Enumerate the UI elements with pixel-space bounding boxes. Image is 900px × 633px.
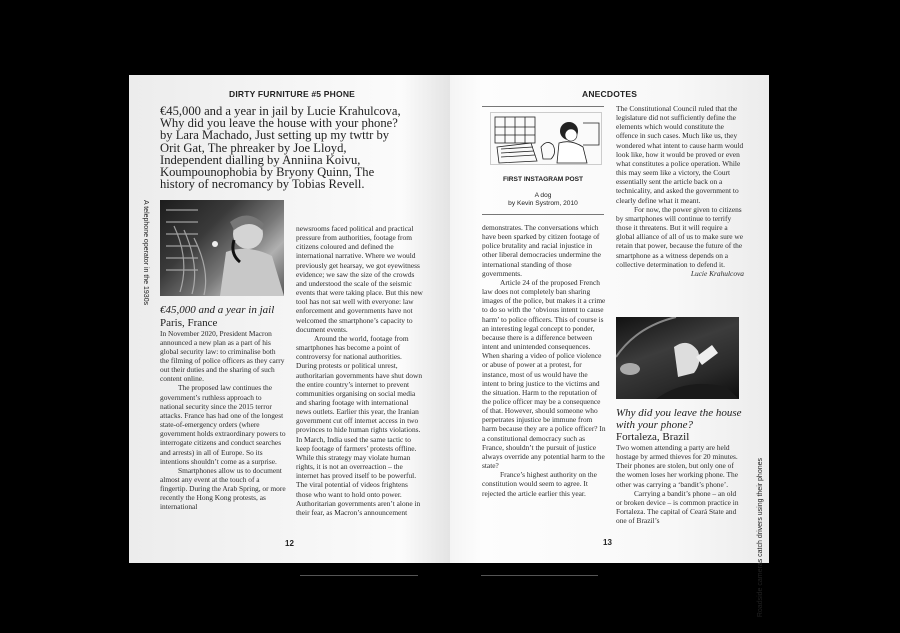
driver-phone-icon: [616, 317, 739, 399]
sidebar-top-rule: [482, 106, 604, 107]
article-1-column-3: demonstrates. The conversations which ha…: [482, 223, 606, 498]
telephone-operator-icon: [160, 200, 284, 296]
telephone-operator-photo: [160, 200, 284, 296]
sidebar-byline: by Kevin Systrom, 2010: [482, 200, 604, 207]
paragraph: newsrooms faced political and practical …: [296, 224, 424, 334]
paragraph: Article 24 of the proposed French law do…: [482, 278, 606, 470]
sidebar-title: A dog: [482, 192, 604, 199]
photo-caption-vertical: A telephone operator in the 1930s: [142, 200, 149, 305]
article-2-location: Fortaleza, Brazil: [616, 431, 744, 443]
contents-list: €45,000 and a year in jail by Lucie Krah…: [160, 105, 410, 190]
shelf-line-left: [300, 575, 418, 576]
author-signature: Lucie Krahulcova: [616, 269, 744, 278]
paragraph: In November 2020, President Macron annou…: [160, 329, 286, 384]
left-page: DIRTY FURNITURE #5 PHONE €45,000 and a y…: [129, 75, 450, 563]
shelf-line-right: [481, 575, 598, 576]
article-2: Why did you leave the house with your ph…: [616, 408, 744, 525]
page-number-right: 13: [603, 538, 612, 547]
running-head-left: DIRTY FURNITURE #5 PHONE: [229, 89, 355, 99]
paragraph: France’s highest authority on the consti…: [482, 470, 606, 497]
dog-illustration-icon: [491, 113, 601, 164]
article-1-column-2: newsrooms faced political and practical …: [296, 224, 424, 517]
paragraph: The Constitutional Council ruled that th…: [616, 104, 744, 205]
article-title: €45,000 and a year in jail: [160, 305, 286, 317]
right-page: ANECDOTES FIRST INSTAGRAM POST A dog b: [450, 75, 769, 563]
paragraph: Two women attending a party are held hos…: [616, 443, 744, 489]
paragraph: The proposed law continues the governmen…: [160, 383, 286, 465]
running-head-right: ANECDOTES: [582, 89, 637, 99]
paragraph: Smartphones allow us to document almost …: [160, 466, 286, 512]
article-1-column-1: €45,000 and a year in jail Paris, France…: [160, 305, 286, 512]
paragraph: For now, the power given to citizens by …: [616, 205, 744, 269]
dog-illustration: [490, 112, 602, 165]
photo-caption-vertical-right: Roadside cameras catch drivers using the…: [757, 458, 764, 617]
article-1-column-4: The Constitutional Council ruled that th…: [616, 104, 744, 278]
article-location: Paris, France: [160, 317, 286, 329]
paragraph: Carrying a bandit’s phone – an old or br…: [616, 489, 744, 526]
paragraph: demonstrates. The conversations which ha…: [482, 223, 606, 278]
sidebar-bottom-rule: [482, 214, 604, 215]
driver-phone-photo: [616, 317, 739, 399]
sidebar-label: FIRST INSTAGRAM POST: [482, 176, 604, 183]
article-2-title: Why did you leave the house with your ph…: [616, 408, 744, 431]
paragraph: Around the world, footage from smartphon…: [296, 334, 424, 517]
magazine-spread: DIRTY FURNITURE #5 PHONE €45,000 and a y…: [129, 75, 769, 563]
page-number-left: 12: [285, 539, 294, 548]
